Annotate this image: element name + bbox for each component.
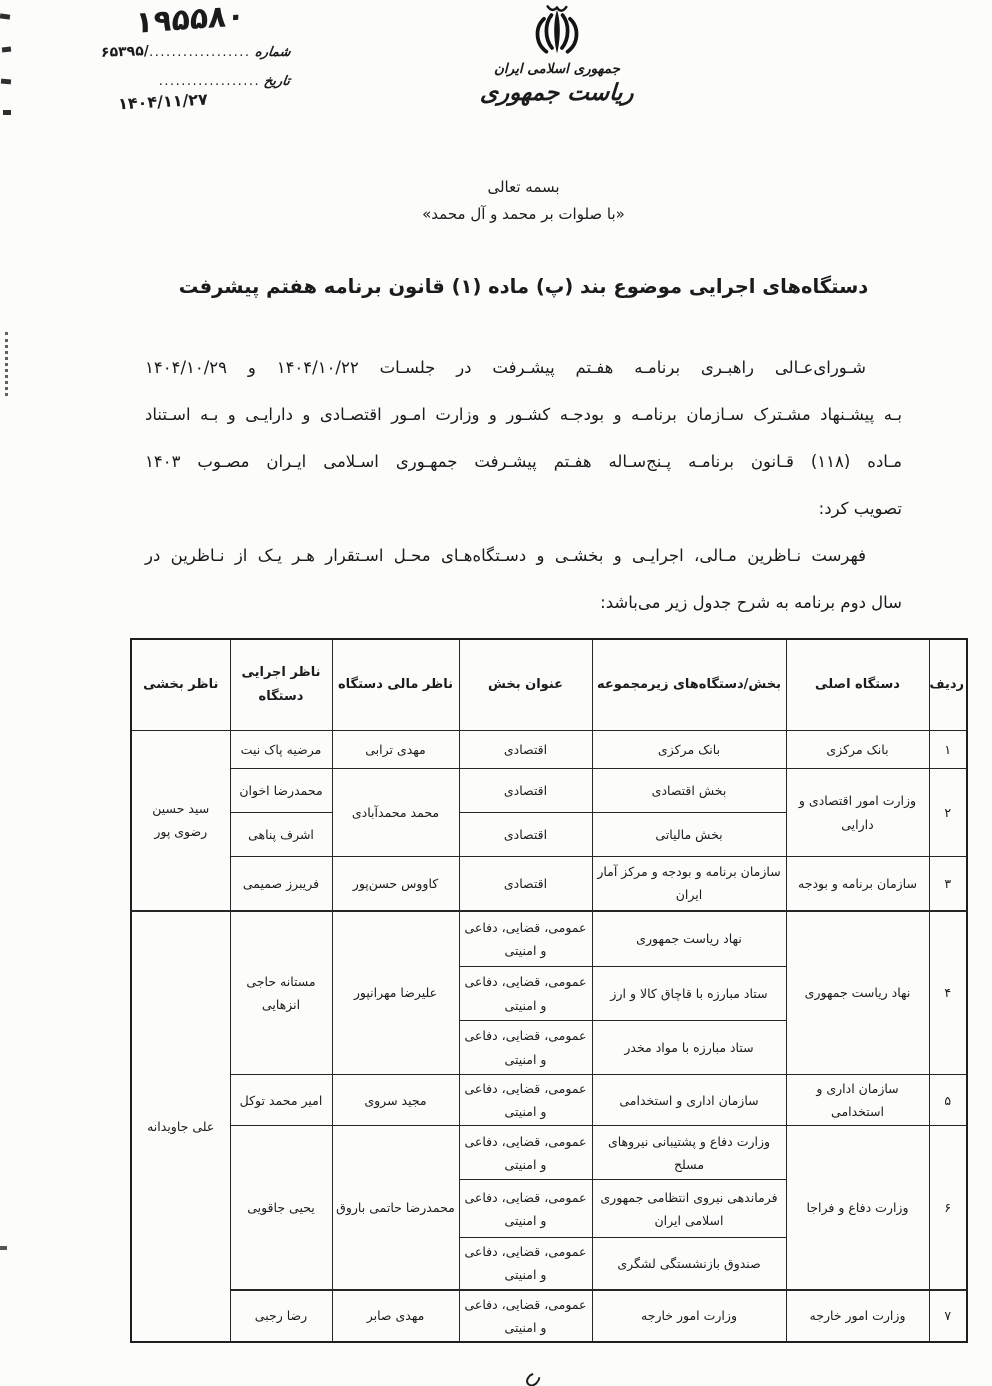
cell-sub-agency: ستاد مبارزه با قاچاق کالا و ارز xyxy=(592,967,786,1021)
date-dots: .................. xyxy=(159,74,260,89)
scan-artifact xyxy=(524,1370,542,1386)
cell-executive-supervisor: محمدرضا اخوان xyxy=(230,769,332,813)
cell-section-title: عمومی، قضایی، دفاعی و امنیتی xyxy=(459,1290,592,1342)
col-header-sub-agencies: بخش/دستگاه‌های زیرمجموعه xyxy=(592,639,786,731)
cell-row-no: ۲ xyxy=(929,769,967,857)
table-row: ۶ وزارت دفاع و فراجا وزارت دفاع و پشتیبا… xyxy=(131,1126,967,1180)
para-line: بـه پیشـنهاد مشـترک سـازمان برنامـه و بو… xyxy=(145,391,902,438)
cell-main-agency: بانک مرکزی xyxy=(786,731,929,769)
cell-financial-supervisor: مهدی ترابی xyxy=(332,731,459,769)
cell-financial-supervisor: علیرضا مهرانپور xyxy=(332,911,459,1075)
cell-row-no: ۱ xyxy=(929,731,967,769)
cell-financial-supervisor: مجید سروی xyxy=(332,1075,459,1126)
cell-sub-agency: نهاد ریاست جمهوری xyxy=(592,911,786,967)
cell-section-title: عمومی، قضایی، دفاعی و امنیتی xyxy=(459,911,592,967)
cell-section-title: عمومی، قضایی، دفاعی و امنیتی xyxy=(459,1180,592,1238)
cell-sub-agency: فرماندهی نیروی انتظامی جمهوری اسلامی ایر… xyxy=(592,1180,786,1238)
scan-artifact xyxy=(2,47,11,53)
cell-main-agency: وزارت دفاع و فراجا xyxy=(786,1126,929,1290)
cell-row-no: ۴ xyxy=(929,911,967,1075)
cell-section-title: عمومی، قضایی، دفاعی و امنیتی xyxy=(459,1238,592,1290)
cell-section-title: عمومی، قضایی، دفاعی و امنیتی xyxy=(459,1021,592,1075)
cell-section-title: اقتصادی xyxy=(459,813,592,857)
cell-section-title: اقتصادی xyxy=(459,731,592,769)
cell-row-no: ۶ xyxy=(929,1126,967,1290)
cell-financial-supervisor: محمد محمدآبادی xyxy=(332,769,459,857)
cell-main-agency: وزارت امور خارجه xyxy=(786,1290,929,1342)
iran-allah-emblem-icon xyxy=(526,0,588,60)
letter-body: بسمه تعالی «با صلوات بر محمد و آل محمد» … xyxy=(0,178,992,1343)
number-label: شماره xyxy=(253,45,291,60)
para-line: تصویب کرد: xyxy=(145,485,902,532)
col-header-row-no: ردیف xyxy=(929,639,967,731)
cell-executive-supervisor: امیر محمد توکل xyxy=(230,1075,332,1126)
col-header-executive-supervisor: ناظر اجرایی دستگاه xyxy=(230,639,332,731)
para-line: شـورای‌عـالی راهبـری برنامـه هفـتم پیشـر… xyxy=(145,344,902,391)
col-header-financial-supervisor: ناظر مالی دستگاه xyxy=(332,639,459,731)
cell-financial-supervisor: محمدرضا حاتمی باروق xyxy=(332,1126,459,1290)
cell-section-title: عمومی، قضایی، دفاعی و امنیتی xyxy=(459,1126,592,1180)
country-name: جمهوری اسلامی ایران xyxy=(452,61,662,77)
table-row: ۳ سازمان برنامه و بودجه سازمان برنامه و … xyxy=(131,857,967,911)
table-row: ۴ نهاد ریاست جمهوری نهاد ریاست جمهوری عم… xyxy=(131,911,967,967)
cell-sub-agency: بخش اقتصادی xyxy=(592,769,786,813)
scanned-letter-page: ۱۹۵۵۸۰ شماره .................. ۶۵۳۹۵/ ت… xyxy=(0,0,992,1386)
cell-sub-agency: سازمان اداری و استخدامی xyxy=(592,1075,786,1126)
agencies-table: ردیف دستگاه اصلی بخش/دستگاه‌های زیرمجموع… xyxy=(130,638,968,1343)
cell-main-agency: نهاد ریاست جمهوری xyxy=(786,911,929,1075)
cell-row-no: ۷ xyxy=(929,1290,967,1342)
table-row: ۷ وزارت امور خارجه وزارت امور خارجه عموم… xyxy=(131,1290,967,1342)
cell-executive-supervisor: یحیی جاقویی xyxy=(230,1126,332,1290)
scan-artifact xyxy=(0,13,10,19)
para-line: فهرست نـاظرین مـالی، اجرایـی و بخشـی و د… xyxy=(145,532,902,579)
table-row: ۲ وزارت امور اقتصادی و دارایی بخش اقتصاد… xyxy=(131,769,967,813)
handwritten-date-value: ۱۴۰۴/۱۱/۲۷ xyxy=(118,90,209,114)
cell-executive-supervisor: مستانه حاجی انزهایی xyxy=(230,911,332,1075)
cell-main-agency: وزارت امور اقتصادی و دارایی xyxy=(786,769,929,857)
cell-executive-supervisor: مرضیه پاک نیت xyxy=(230,731,332,769)
cell-sectoral-supervisor: سید حسین رضوی پور xyxy=(131,731,230,911)
cell-main-agency: سازمان برنامه و بودجه xyxy=(786,857,929,911)
col-header-section-title: عنوان بخش xyxy=(459,639,592,731)
cell-sub-agency: بخش مالیاتی xyxy=(592,813,786,857)
cell-sub-agency: صندوق بازنشستگی لشگری xyxy=(592,1238,786,1290)
date-label: تاریخ xyxy=(263,74,291,89)
table-header-row: ردیف دستگاه اصلی بخش/دستگاه‌های زیرمجموع… xyxy=(131,639,967,731)
cell-sub-agency: وزارت دفاع و پشتیبانی نیروهای مسلح xyxy=(592,1126,786,1180)
date-line: تاریخ .................. xyxy=(55,74,290,89)
col-header-sectoral-supervisor: ناظر بخشی xyxy=(131,639,230,731)
cell-financial-supervisor: کاووس حسن‌پور xyxy=(332,857,459,911)
cell-sub-agency: سازمان برنامه و بودجه و مرکز آمار ایران xyxy=(592,857,786,911)
col-header-main-agency: دستگاه اصلی xyxy=(786,639,929,731)
bismillah: بسمه تعالی xyxy=(145,178,902,196)
para-line: مـاده (۱۱۸) قـانون برنامـه پـنج‌سـاله هف… xyxy=(145,438,902,485)
cell-sectoral-supervisor: علی جاویدانه xyxy=(131,911,230,1342)
letterhead: جمهوری اسلامی ایران ریاست جمهوری xyxy=(452,0,662,106)
paragraphs: شـورای‌عـالی راهبـری برنامـه هفـتم پیشـر… xyxy=(145,344,902,626)
table-row: ۵ سازمان اداری و استخدامی سازمان اداری و… xyxy=(131,1075,967,1126)
scan-artifact xyxy=(1,79,11,85)
number-line: شماره .................. ۶۵۳۹۵/ xyxy=(55,44,290,60)
cell-executive-supervisor: اشرف پناهی xyxy=(230,813,332,857)
handwritten-number-value: ۶۵۳۹۵/ xyxy=(101,43,149,61)
salawat: «با صلوات بر محمد و آل محمد» xyxy=(145,205,902,223)
doc-title: دستگاه‌های اجرایی موضوع بند (پ) ماده (۱)… xyxy=(145,275,902,298)
cell-section-title: اقتصادی xyxy=(459,769,592,813)
cell-section-title: عمومی، قضایی، دفاعی و امنیتی xyxy=(459,967,592,1021)
cell-sub-agency: ستاد مبارزه با مواد مخدر xyxy=(592,1021,786,1075)
cell-section-title: اقتصادی xyxy=(459,857,592,911)
cell-section-title: عمومی، قضایی، دفاعی و امنیتی xyxy=(459,1075,592,1126)
cell-main-agency: سازمان اداری و استخدامی xyxy=(786,1075,929,1126)
cell-row-no: ۳ xyxy=(929,857,967,911)
cell-sub-agency: بانک مرکزی xyxy=(592,731,786,769)
cell-executive-supervisor: رضا رجبی xyxy=(230,1290,332,1342)
cell-sub-agency: وزارت امور خارجه xyxy=(592,1290,786,1342)
table-row: ۱ بانک مرکزی بانک مرکزی اقتصادی مهدی ترا… xyxy=(131,731,967,769)
handwritten-ref-number: ۱۹۵۵۸۰ xyxy=(110,0,271,43)
office-name: ریاست جمهوری xyxy=(451,80,663,106)
scan-artifact xyxy=(3,110,11,115)
cell-executive-supervisor: فریبرز صمیمی xyxy=(230,857,332,911)
cell-financial-supervisor: مهدی صابر xyxy=(332,1290,459,1342)
cell-row-no: ۵ xyxy=(929,1075,967,1126)
number-dots: .................. xyxy=(149,45,250,60)
para-line: سال دوم برنامه به شرح جدول زیر می‌باشد: xyxy=(145,579,902,626)
